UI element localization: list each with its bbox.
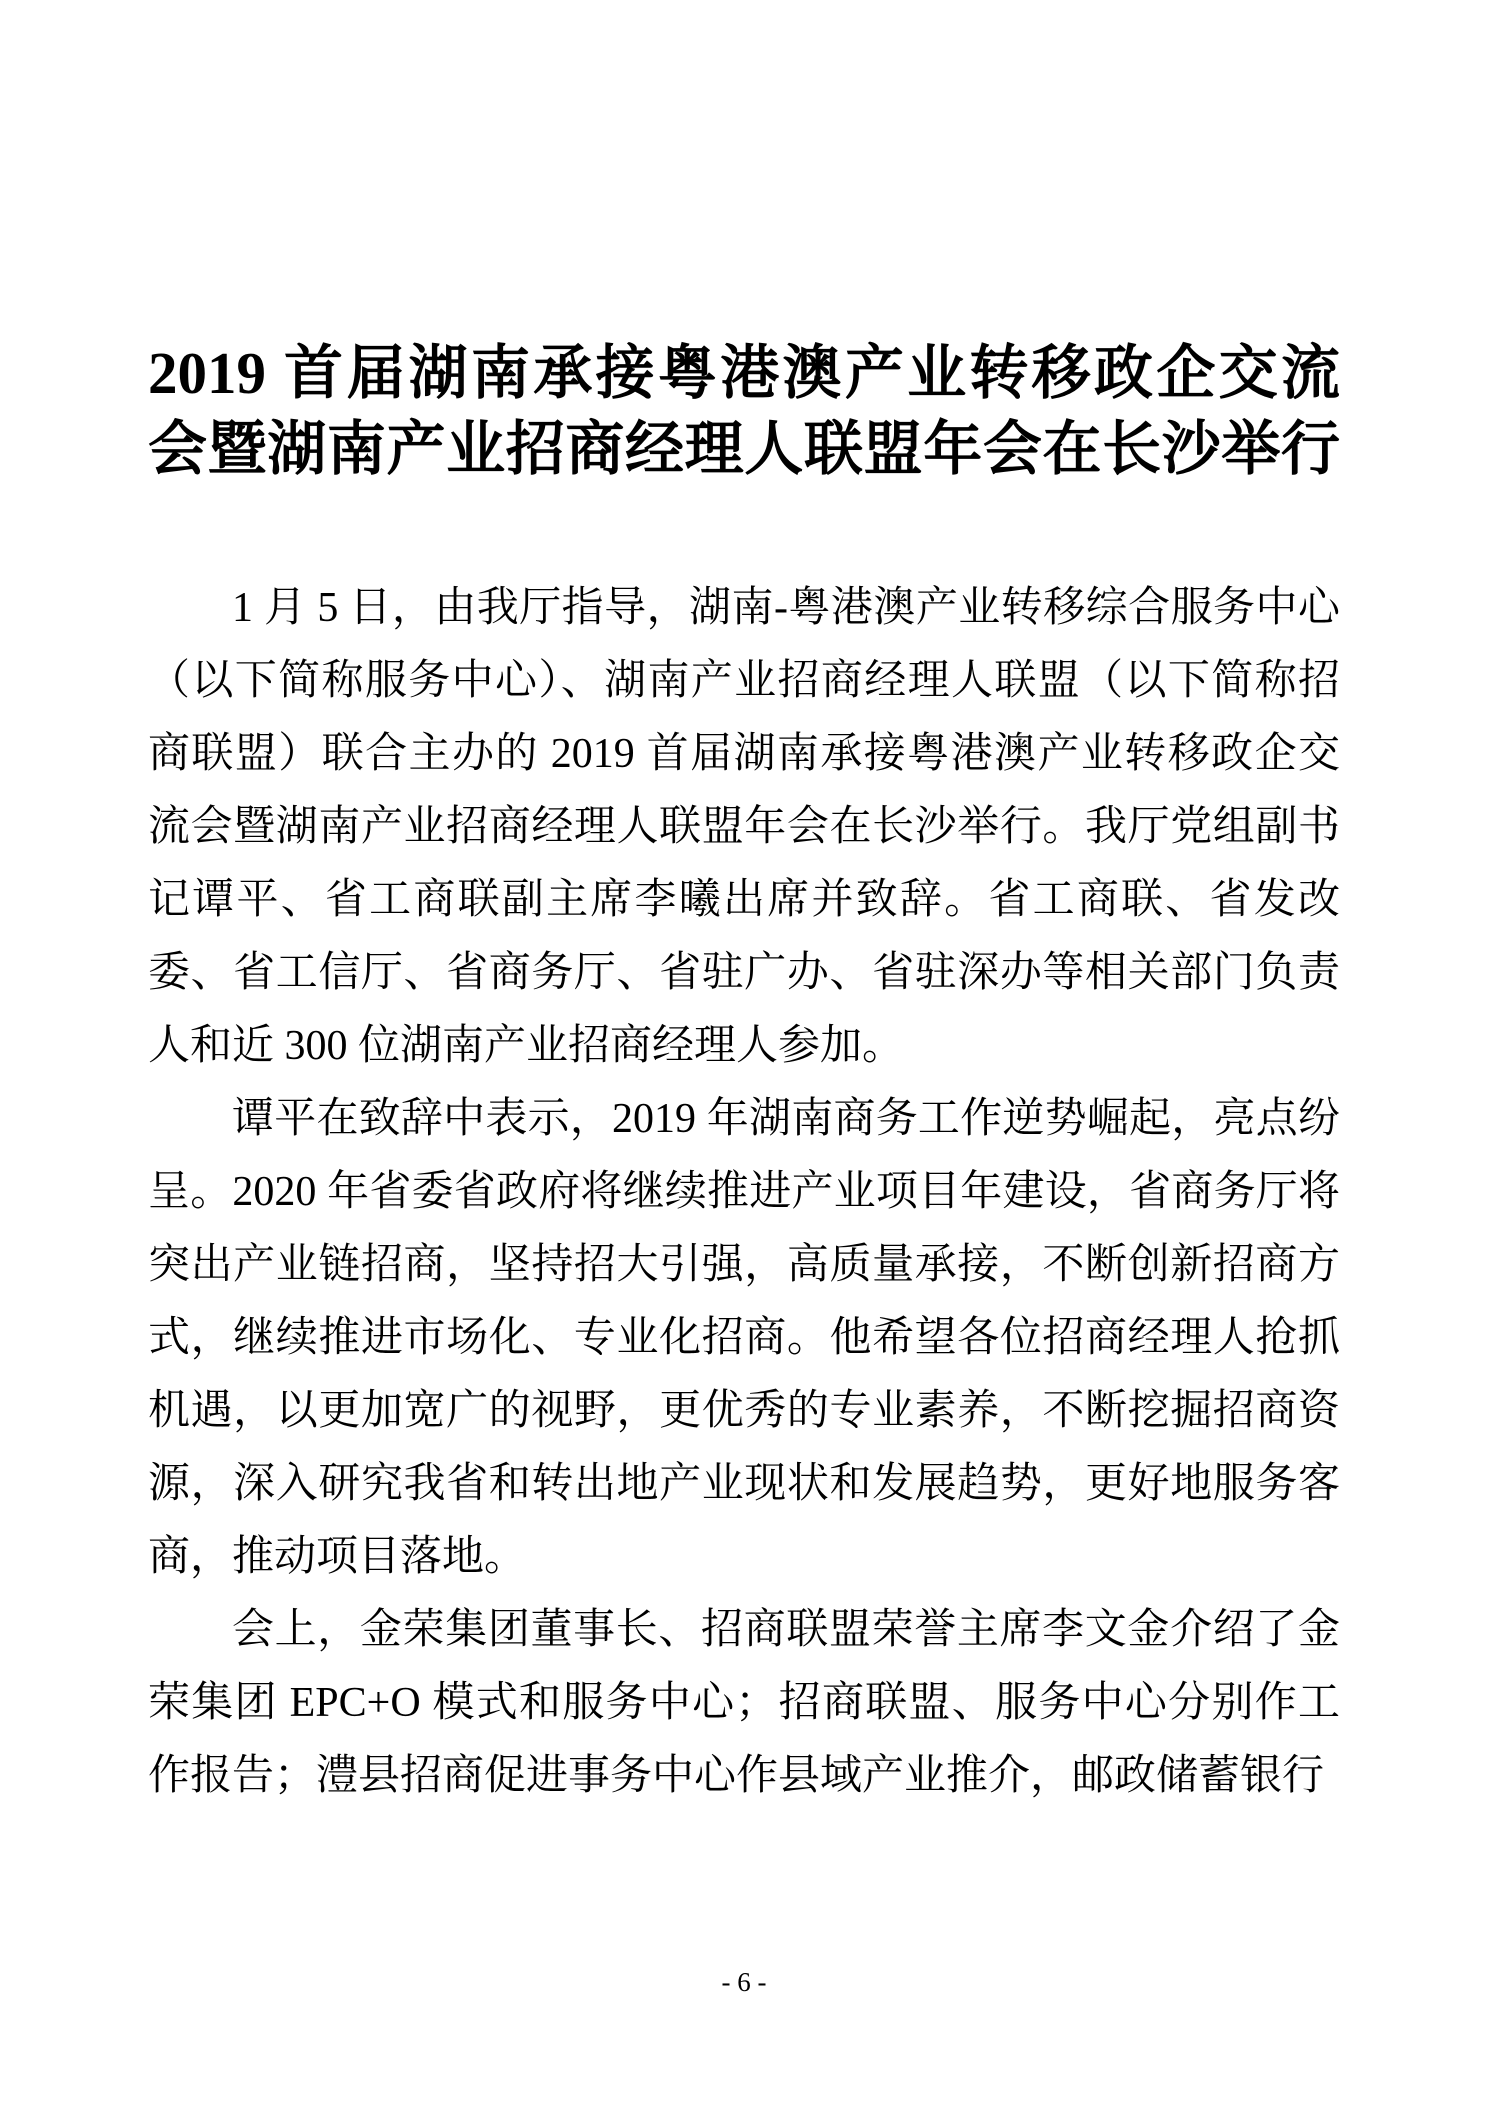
page-number: - 6 -	[0, 1965, 1488, 1999]
document-body: 1 月 5 日，由我厅指导，湖南-粤港澳产业转移综合服务中心（以下简称服务中心）…	[148, 572, 1340, 1813]
document-page: 2019 首届湖南承接粤港澳产业转移政企交流 会暨湖南产业招商经理人联盟年会在长…	[0, 0, 1488, 2105]
document-title-line-2: 会暨湖南产业招商经理人联盟年会在长沙举行	[148, 411, 1340, 487]
paragraph-2: 谭平在致辞中表示，2019 年湖南商务工作逆势崛起，亮点纷呈。2020 年省委省…	[148, 1083, 1340, 1594]
document-title-line-1: 2019 首届湖南承接粤港澳产业转移政企交流	[148, 335, 1340, 411]
document-title: 2019 首届湖南承接粤港澳产业转移政企交流 会暨湖南产业招商经理人联盟年会在长…	[148, 335, 1340, 487]
paragraph-1: 1 月 5 日，由我厅指导，湖南-粤港澳产业转移综合服务中心（以下简称服务中心）…	[148, 572, 1340, 1083]
paragraph-3: 会上，金荣集团董事长、招商联盟荣誉主席李文金介绍了金荣集团 EPC+O 模式和服…	[148, 1594, 1340, 1813]
